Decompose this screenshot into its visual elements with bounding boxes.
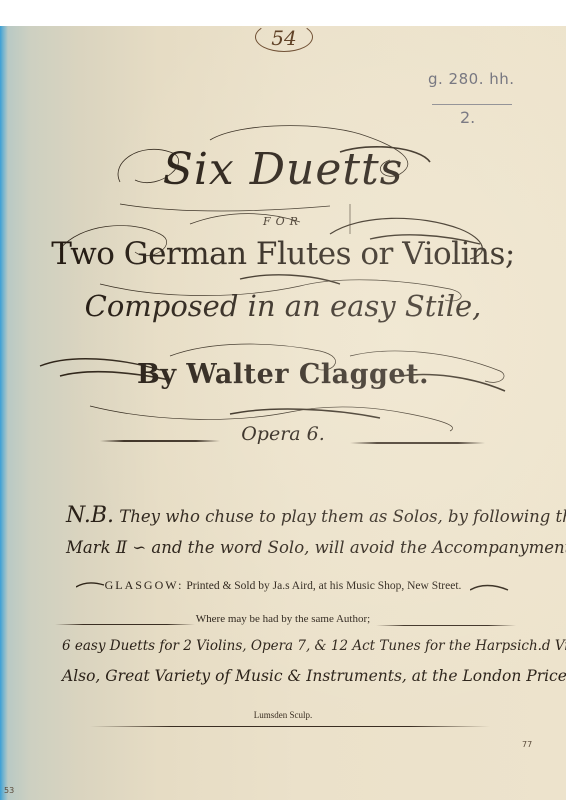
where-rule-right bbox=[376, 625, 516, 626]
for-label: FOR bbox=[0, 215, 566, 228]
margin-mark-left: 53 bbox=[4, 786, 14, 795]
document-page: 54 g. 280. hh. 2. bbox=[0, 26, 566, 800]
imprint-city: GLASGOW: bbox=[105, 578, 184, 592]
folio-number: 54 bbox=[255, 26, 313, 52]
instrumentation-line: Two German Flutes or Violins; bbox=[0, 236, 566, 272]
bottom-rule bbox=[90, 726, 490, 727]
shelfmark-line2: 2. bbox=[460, 108, 475, 127]
nb-text: They who chuse to play them as Solos, by… bbox=[119, 507, 566, 526]
subtitle-line: Composed in an easy Stile, bbox=[0, 289, 566, 323]
opus-rule-right bbox=[350, 442, 485, 444]
performance-note-line1: N.B. They who chuse to play them as Solo… bbox=[66, 503, 566, 528]
nb-label: N.B. bbox=[66, 503, 114, 528]
performance-note-line2: Mark Ⅱ ∽ and the word Solo, will avoid t… bbox=[66, 538, 566, 557]
shelfmark-line1: g. 280. hh. bbox=[428, 70, 515, 88]
shelfmark-divider bbox=[432, 104, 512, 105]
advertisement-line1: 6 easy Duetts for 2 Violins, Opera 7, & … bbox=[62, 638, 566, 654]
imprint-text: Printed & Sold by Ja.s Aird, at his Musi… bbox=[186, 580, 461, 592]
advertisement-line2: Also, Great Variety of Music & Instrumen… bbox=[62, 667, 566, 685]
margin-mark-right: 77 bbox=[522, 740, 532, 749]
engraver-credit: Lumsden Sculp. bbox=[0, 710, 566, 720]
document-title: Six Duetts bbox=[0, 144, 566, 195]
other-works-heading: Where may be had by the same Author; bbox=[0, 613, 566, 625]
composer-name: By Walter Clagget. bbox=[0, 359, 566, 390]
imprint-line: GLASGOW: Printed & Sold by Ja.s Aird, at… bbox=[0, 578, 566, 593]
